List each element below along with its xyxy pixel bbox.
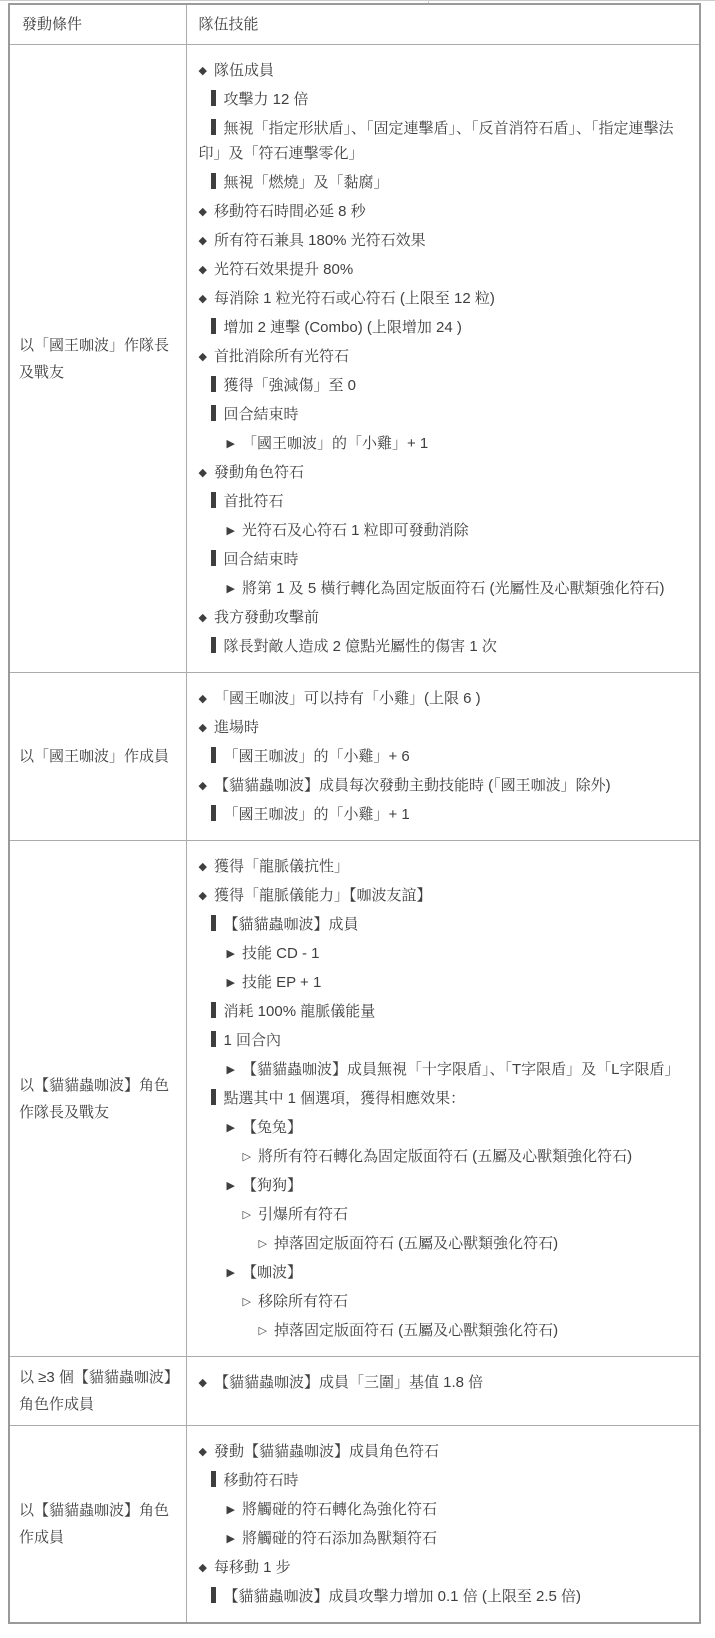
skill-line: 無視「燃燒」及「黏腐」 bbox=[199, 170, 688, 195]
skill-line: 光符石及心符石 1 粒即可發動消除 bbox=[199, 518, 688, 543]
skill-line: 獲得「強減傷」至 0 bbox=[199, 373, 688, 398]
skill-line: 技能 EP + 1 bbox=[199, 970, 688, 995]
skill-line: 所有符石兼具 180% 光符石效果 bbox=[199, 228, 688, 253]
skill-line: 「國王咖波」的「小雞」+ 6 bbox=[199, 744, 688, 769]
skill-line: 將觸碰的符石添加為獸類符石 bbox=[199, 1526, 688, 1551]
skill-line: 攻擊力 12 倍 bbox=[199, 87, 688, 112]
skill-line: 首批符石 bbox=[199, 489, 688, 514]
table-row: 以 ≥3 個【貓貓蟲咖波】角色作成員【貓貓蟲咖波】成員「三圍」基值 1.8 倍 bbox=[9, 1357, 700, 1426]
skill-line: 回合結束時 bbox=[199, 402, 688, 427]
skill-line: 「國王咖波」的「小雞」+ 1 bbox=[199, 431, 688, 456]
skill-line: 【貓貓蟲咖波】成員無視「十字限盾」、「T字限盾」及「L字限盾」 bbox=[199, 1057, 688, 1082]
team-skill-table: 發動條件 隊伍技能 以「國王咖波」作隊長及戰友隊伍成員攻擊力 12 倍無視「指定… bbox=[8, 3, 701, 1624]
table-row: 以【貓貓蟲咖波】角色作隊長及戰友獲得「龍脈儀抗性」獲得「龍脈儀能力」【咖波友誼】… bbox=[9, 841, 700, 1357]
skill-line: 隊伍成員 bbox=[199, 58, 688, 83]
skill-line: 我方發動攻擊前 bbox=[199, 605, 688, 630]
skill-line: 發動角色符石 bbox=[199, 460, 688, 485]
skill-line: 「國王咖波」可以持有「小雞」(上限 6 ) bbox=[199, 686, 688, 711]
skill-line: 移除所有符石 bbox=[199, 1289, 688, 1314]
skill-line: 掉落固定版面符石 (五屬及心獸類強化符石) bbox=[199, 1231, 688, 1256]
skill-line: 【貓貓蟲咖波】成員「三圍」基值 1.8 倍 bbox=[199, 1370, 688, 1395]
table-row: 以「國王咖波」作隊長及戰友隊伍成員攻擊力 12 倍無視「指定形狀盾」、「固定連擊… bbox=[9, 45, 700, 673]
skill-line: 【兔兔】 bbox=[199, 1115, 688, 1140]
skill-line: 移動符石時 bbox=[199, 1468, 688, 1493]
skill-line: 進場時 bbox=[199, 715, 688, 740]
skill-line: 將所有符石轉化為固定版面符石 (五屬及心獸類強化符石) bbox=[199, 1144, 688, 1169]
condition-cell: 以【貓貓蟲咖波】角色作成員 bbox=[9, 1426, 186, 1624]
skill-line: 將觸碰的符石轉化為強化符石 bbox=[199, 1497, 688, 1522]
skill-line: 移動符石時間必延 8 秒 bbox=[199, 199, 688, 224]
skill-line: 發動【貓貓蟲咖波】成員角色符石 bbox=[199, 1439, 688, 1464]
skill-line: 消耗 100% 龍脈儀能量 bbox=[199, 999, 688, 1024]
table-header-row: 發動條件 隊伍技能 bbox=[9, 4, 700, 45]
skills-cell: 發動【貓貓蟲咖波】成員角色符石移動符石時將觸碰的符石轉化為強化符石將觸碰的符石添… bbox=[186, 1426, 700, 1624]
table-row: 以「國王咖波」作成員「國王咖波」可以持有「小雞」(上限 6 )進場時「國王咖波」… bbox=[9, 673, 700, 841]
skill-line: 增加 2 連擊 (Combo) (上限增加 24 ) bbox=[199, 315, 688, 340]
condition-cell: 以「國王咖波」作成員 bbox=[9, 673, 186, 841]
skills-cell: 「國王咖波」可以持有「小雞」(上限 6 )進場時「國王咖波」的「小雞」+ 6【貓… bbox=[186, 673, 700, 841]
skill-line: 首批消除所有光符石 bbox=[199, 344, 688, 369]
skill-line: 點選其中 1 個選項，獲得相應效果： bbox=[199, 1086, 688, 1111]
skill-line: 獲得「龍脈儀抗性」 bbox=[199, 854, 688, 879]
condition-cell: 以【貓貓蟲咖波】角色作隊長及戰友 bbox=[9, 841, 186, 1357]
skill-line: 【咖波】 bbox=[199, 1260, 688, 1285]
skill-line: 【貓貓蟲咖波】成員每次發動主動技能時 (「國王咖波」除外) bbox=[199, 773, 688, 798]
skill-line: 【貓貓蟲咖波】成員攻擊力增加 0.1 倍 (上限至 2.5 倍) bbox=[199, 1584, 688, 1609]
skill-line: 隊長對敵人造成 2 億點光屬性的傷害 1 次 bbox=[199, 634, 688, 659]
condition-cell: 以「國王咖波」作隊長及戰友 bbox=[9, 45, 186, 673]
skill-line: 無視「指定形狀盾」、「固定連擊盾」、「反首消符石盾」、「指定連擊法印」及「符石連… bbox=[199, 116, 688, 166]
header-team-skill: 隊伍技能 bbox=[186, 4, 700, 45]
skill-line: 掉落固定版面符石 (五屬及心獸類強化符石) bbox=[199, 1318, 688, 1343]
table-body: 以「國王咖波」作隊長及戰友隊伍成員攻擊力 12 倍無視「指定形狀盾」、「固定連擊… bbox=[9, 45, 700, 1624]
skills-cell: 獲得「龍脈儀抗性」獲得「龍脈儀能力」【咖波友誼】【貓貓蟲咖波】成員技能 CD -… bbox=[186, 841, 700, 1357]
skill-line: 光符石效果提升 80% bbox=[199, 257, 688, 282]
skill-line: 獲得「龍脈儀能力」【咖波友誼】 bbox=[199, 883, 688, 908]
skill-line: 【貓貓蟲咖波】成員 bbox=[199, 912, 688, 937]
skill-line: 每消除 1 粒光符石或心符石 (上限至 12 粒) bbox=[199, 286, 688, 311]
skill-line: 將第 1 及 5 橫行轉化為固定版面符石 (光屬性及心獸類強化符石) bbox=[199, 576, 688, 601]
skill-line: 1 回合內 bbox=[199, 1028, 688, 1053]
top-divider bbox=[0, 0, 715, 1]
skill-line: 技能 CD - 1 bbox=[199, 941, 688, 966]
condition-cell: 以 ≥3 個【貓貓蟲咖波】角色作成員 bbox=[9, 1357, 186, 1426]
skill-line: 【狗狗】 bbox=[199, 1173, 688, 1198]
header-activation-condition: 發動條件 bbox=[9, 4, 186, 45]
skills-cell: 【貓貓蟲咖波】成員「三圍」基值 1.8 倍 bbox=[186, 1357, 700, 1426]
skill-line: 回合結束時 bbox=[199, 547, 688, 572]
skill-line: 引爆所有符石 bbox=[199, 1202, 688, 1227]
table-row: 以【貓貓蟲咖波】角色作成員發動【貓貓蟲咖波】成員角色符石移動符石時將觸碰的符石轉… bbox=[9, 1426, 700, 1624]
skill-line: 每移動 1 步 bbox=[199, 1555, 688, 1580]
skills-cell: 隊伍成員攻擊力 12 倍無視「指定形狀盾」、「固定連擊盾」、「反首消符石盾」、「… bbox=[186, 45, 700, 673]
skill-line: 「國王咖波」的「小雞」+ 1 bbox=[199, 802, 688, 827]
